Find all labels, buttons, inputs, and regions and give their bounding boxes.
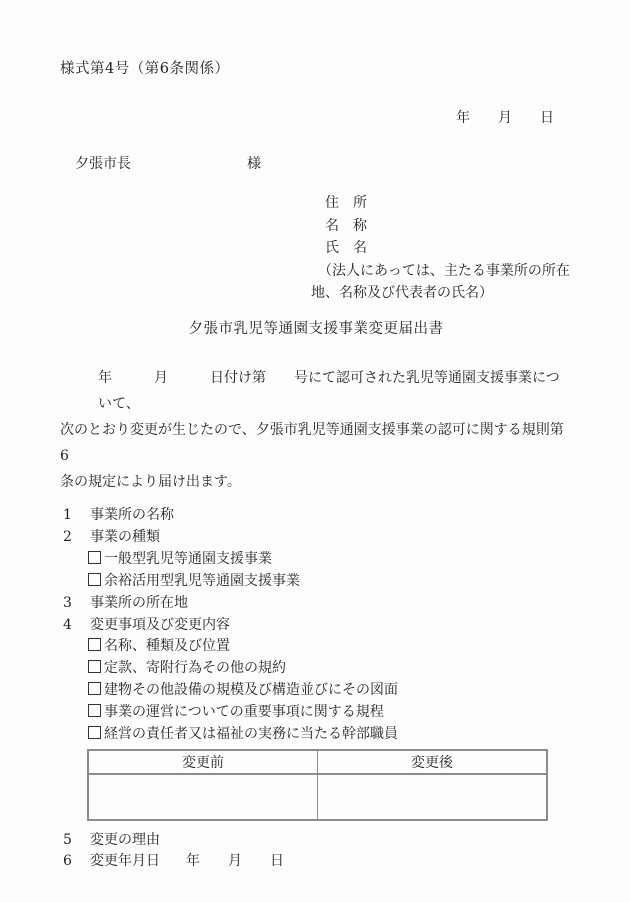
document-page: 様式第4号（第6条関係） 年 月 日 夕張市長様 住 所 名 称 氏 名 （法人… <box>0 0 630 903</box>
table-row <box>88 774 547 820</box>
checkbox-row-operations: 事業の運営についての重要事項に関する規程 <box>60 702 572 724</box>
checkbox-icon <box>88 573 101 586</box>
change-after-cell <box>318 774 548 820</box>
checkbox-label: 経営の責任者又は福祉の実務に当たる幹部職員 <box>104 726 398 742</box>
checkbox-label: 事業の運営についての重要事項に関する規程 <box>104 704 384 720</box>
form-item-list: 1事業所の名称 2事業の種類 一般型乳児等通園支援事業 余裕活用型乳児等通園支援… <box>60 505 572 746</box>
body-paragraph: 年 月 日付け第 号にて認可された乳児等通園支援事業について、 次のとおり変更が… <box>60 365 572 495</box>
addressee-line: 夕張市長様 <box>60 153 572 173</box>
checkbox-row-general-type: 一般型乳児等通園支援事業 <box>60 549 572 571</box>
checkbox-row-articles: 定款、寄附行為その他の規約 <box>60 658 572 680</box>
checkbox-icon <box>88 551 101 564</box>
item-number: 6 <box>63 853 90 869</box>
checkbox-label: 一般型乳児等通園支援事業 <box>104 551 272 567</box>
body-paragraph-line-2: 次のとおり変更が生じたので、夕張市乳児等通園支援事業の認可に関する規則第6 <box>60 417 572 469</box>
corporate-note-line1: （法人にあっては、主たる事業所の所在 <box>318 260 572 283</box>
form-number: 様式第4号（第6条関係） <box>60 57 572 78</box>
checkbox-row-name-type-location: 名称、種類及び位置 <box>60 636 572 658</box>
issue-date-line: 年 月 日 <box>60 107 572 127</box>
list-item-2: 2事業の種類 <box>60 527 572 549</box>
item-label: 変更年月日 <box>90 853 160 869</box>
item-number: 1 <box>63 505 90 527</box>
list-item-4: 4変更事項及び変更内容 <box>60 615 572 637</box>
checkbox-icon <box>88 726 101 739</box>
body-paragraph-line-3: 条の規定により届け出ます。 <box>60 469 572 495</box>
checkbox-icon <box>88 638 101 651</box>
addressee-name: 夕張市長 <box>75 156 131 172</box>
checkbox-label: 定款、寄附行為その他の規約 <box>104 660 286 676</box>
applicant-person-label: 氏 名 <box>325 237 572 260</box>
list-item-1: 1事業所の名称 <box>60 505 572 527</box>
change-after-header: 変更後 <box>318 750 548 774</box>
checkbox-label: 建物その他設備の規模及び構造並びにその図面 <box>104 682 398 698</box>
document-title: 夕張市乳児等通園支援事業変更届出書 <box>60 317 572 338</box>
body-paragraph-line-1: 年 月 日付け第 号にて認可された乳児等通園支援事業について、 <box>60 365 572 417</box>
item-number: 5 <box>63 832 90 848</box>
item-label: 事業所の名称 <box>90 507 174 523</box>
applicant-block: 住 所 名 称 氏 名 （法人にあっては、主たる事業所の所在 地、名称及び代表者… <box>325 192 572 305</box>
change-before-cell <box>88 774 318 820</box>
corporate-note-line2: 地、名称及び代表者の氏名） <box>311 282 572 305</box>
applicant-name-label: 名 称 <box>325 215 572 238</box>
item-number: 3 <box>63 593 90 615</box>
item-label: 事業の種類 <box>90 529 160 545</box>
item-label: 変更の理由 <box>90 832 160 848</box>
applicant-address-label: 住 所 <box>325 192 572 215</box>
checkbox-row-building: 建物その他設備の規模及び構造並びにその図面 <box>60 680 572 702</box>
change-date-blanks: 年 月 日 <box>186 853 284 869</box>
list-item-6: 6変更年月日年 月 日 <box>60 850 572 870</box>
change-table: 変更前 変更後 <box>87 749 548 821</box>
list-item-5: 5変更の理由 <box>60 829 572 849</box>
item-label: 事業所の所在地 <box>90 595 188 611</box>
checkbox-icon <box>88 682 101 695</box>
list-item-3: 3事業所の所在地 <box>60 593 572 615</box>
checkbox-row-management: 経営の責任者又は福祉の実務に当たる幹部職員 <box>60 724 572 746</box>
checkbox-icon <box>88 704 101 717</box>
addressee-honorific: 様 <box>247 156 261 172</box>
item-number: 4 <box>63 615 90 637</box>
checkbox-label: 余裕活用型乳児等通園支援事業 <box>104 573 300 589</box>
checkbox-label: 名称、種類及び位置 <box>104 638 230 654</box>
checkbox-icon <box>88 660 101 673</box>
change-before-header: 変更前 <box>88 750 318 774</box>
item-label: 変更事項及び変更内容 <box>90 617 230 633</box>
checkbox-row-surplus-type: 余裕活用型乳児等通園支援事業 <box>60 571 572 593</box>
item-number: 2 <box>63 527 90 549</box>
